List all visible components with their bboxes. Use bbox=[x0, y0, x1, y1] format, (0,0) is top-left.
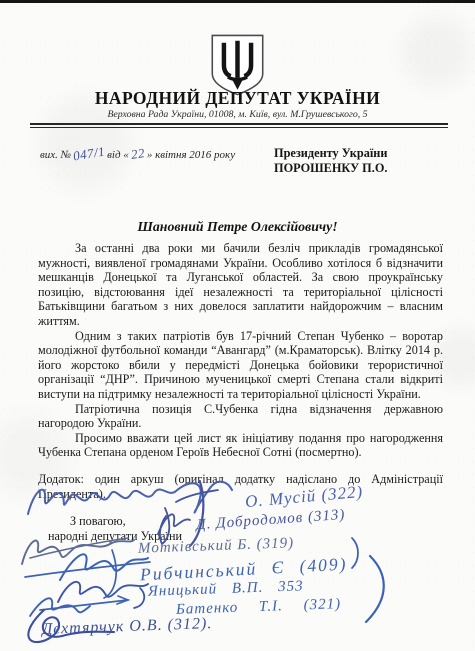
ref-tail: » квітня 2016 року bbox=[147, 149, 235, 161]
salutation: Шановний Петре Олексійовичу! bbox=[0, 219, 475, 235]
letterhead-title: НАРОДНИЙ ДЕПУТАТ УКРАЇНИ bbox=[0, 88, 475, 109]
ref-mid: від « bbox=[107, 149, 129, 161]
body-paragraph: За останні два роки ми бачили безліч при… bbox=[38, 241, 443, 329]
addressee-line1: Президенту України bbox=[274, 146, 387, 161]
scan-edge-artifact bbox=[0, 0, 475, 3]
outgoing-ref-line: вих. №047/1від «22» квітня 2016 року bbox=[40, 146, 235, 162]
body-paragraph: Одним з таких патріотів був 17-річний Ст… bbox=[38, 329, 443, 402]
ref-prefix: вих. № bbox=[40, 149, 71, 161]
ref-day-handwritten: 22 bbox=[130, 145, 146, 163]
body-paragraph: Просимо вважати цей лист як ініціативу п… bbox=[38, 431, 443, 460]
addressee-block: Президенту України ПОРОШЕНКУ П.О. bbox=[274, 146, 387, 175]
addressee-line2: ПОРОШЕНКУ П.О. bbox=[274, 161, 387, 176]
ref-number-handwritten: 047/1 bbox=[72, 144, 106, 165]
body-paragraph: Патріотична позиція С.Чубенка гідна відз… bbox=[38, 402, 443, 431]
signature-block: О. Мусій (322) Д. Добродомов (313) Моткі… bbox=[0, 480, 475, 651]
letterhead-address: Верховна Рада України, 01008, м. Київ, в… bbox=[0, 109, 475, 120]
letterhead-divider bbox=[30, 123, 448, 128]
